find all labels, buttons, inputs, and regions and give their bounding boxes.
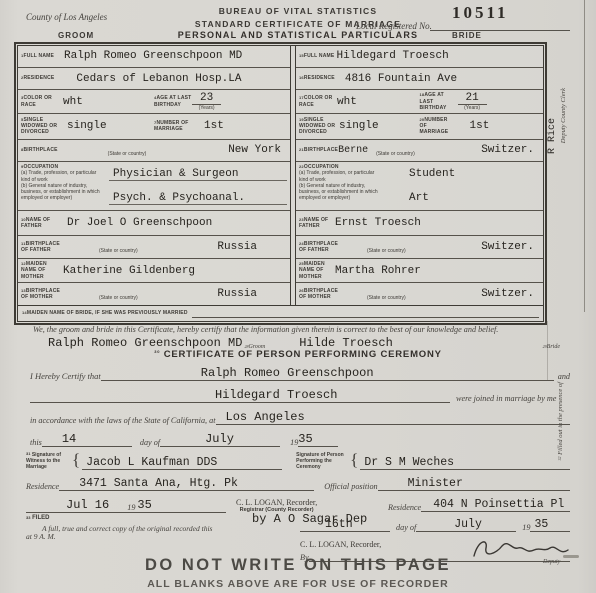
- couple-signatures-row: Ralph Romeo Greenschpoon MD 28Groom Hild…: [48, 336, 568, 350]
- couple-certification-statement: We, the groom and bride in this Certific…: [33, 325, 573, 334]
- groom-signature: Ralph Romeo Greenschpoon MD: [48, 336, 242, 350]
- filed-date-line: Jul 16 19 35 C. L. LOGAN, Recorder, Regi…: [26, 498, 380, 513]
- groom-mother-row: 12MAIDEN NAME OF MOTHER Katherine Gilden…: [18, 259, 290, 284]
- groom-full-name-row: 1FULL NAME Ralph Romeo Greenschpoon MD: [18, 46, 290, 68]
- groom-column: 1FULL NAME Ralph Romeo Greenschpoon MD 2…: [18, 46, 290, 305]
- certify-line-4: this 14 day of July 19 35: [30, 432, 410, 447]
- groom-age-value: 23: [192, 92, 221, 105]
- filed-year-stamp: 35: [137, 498, 151, 512]
- do-not-write-notice: DO NOT WRITE ON THIS PAGE: [0, 556, 596, 575]
- bride-mother-row: 25MAIDEN NAME OF MOTHER Martha Rohrer: [296, 259, 543, 284]
- groom-mother-birthplace-row: 13BIRTHPLACE OF MOTHER (State or country…: [18, 283, 290, 305]
- groom-father-value: Dr Joel O Greenschpoon: [67, 217, 212, 229]
- groom-color-age-row: 3COLOR OR RACE wht 4AGE AT LAST BIRTHDAY…: [18, 90, 290, 114]
- groom-father-birthplace-row: 11BIRTHPLACE OF FATHER (State or country…: [18, 236, 290, 259]
- bride-full-name-value: Hildegard Troesch: [336, 50, 448, 62]
- groom-occupation-b-value: Psych. & Psychoanal.: [109, 192, 287, 205]
- bride-birthplace-city-value: Berne: [338, 145, 368, 156]
- certify-line-1: I Hereby Certify that Ralph Romeo Greens…: [30, 366, 570, 381]
- groom-mother-value: Katherine Gildenberg: [63, 265, 195, 277]
- witness-performer-row: 31 Signature of Witness to the Marriage …: [26, 450, 570, 470]
- statistical-particulars-box: 1FULL NAME Ralph Romeo Greenschpoon MD 2…: [14, 42, 547, 325]
- bride-mother-value: Martha Rohrer: [335, 265, 421, 277]
- bride-marital-row: 19SINGLE WIDOWED OR DIVORCED single 20NU…: [296, 114, 543, 140]
- registered-number-stamp: 10511: [452, 3, 509, 23]
- copy-day-value: 16th: [325, 518, 353, 531]
- groom-marital-value: single: [67, 120, 107, 132]
- filed-label: 33 FILED: [26, 515, 49, 521]
- performer-residence-value: 404 N Poinsettia Pl: [433, 498, 564, 511]
- copy-date-line: 16th day of July 19 35: [300, 518, 570, 532]
- bride-age-value: 21: [458, 92, 487, 105]
- marriage-place-entry: Los Angeles: [226, 410, 305, 424]
- witness-signature: Jacob L Kaufman DDS: [86, 456, 217, 469]
- bride-mother-birthplace-row: 26BIRTHPLACE OF MOTHER (State or country…: [296, 283, 543, 305]
- bride-residence-row: 16RESIDENCE 4816 Fountain Ave: [296, 68, 543, 91]
- certify-line-2: Hildegard Troesch were joined in marriag…: [30, 388, 570, 403]
- certify-line-3: in accordance with the laws of the State…: [30, 410, 570, 425]
- bride-marital-value: single: [339, 120, 379, 132]
- filed-date-stamp: Jul 16: [66, 498, 109, 512]
- marriage-month-entry: July: [205, 432, 234, 446]
- bride-mother-birthplace-value: Switzer.: [481, 288, 534, 300]
- bride-marriage-no-value: 1st: [470, 120, 490, 132]
- copy-month-value: July: [454, 518, 482, 531]
- bride-color-age-row: 17COLOR OR RACE wht 18AGE AT LAST BIRTHD…: [296, 90, 543, 114]
- page-edge-line: [584, 0, 585, 312]
- all-blanks-notice: ALL BLANKS ABOVE ARE FOR USE OF RECORDER: [0, 578, 596, 590]
- recorder-name-2: C. L. LOGAN, Recorder,: [300, 540, 381, 549]
- maiden-name-of-bride-row: 14MAIDEN NAME OF BRIDE, IF SHE WAS PREVI…: [18, 305, 543, 321]
- bride-birthplace-value: Switzer.: [481, 144, 534, 156]
- groom-father-birthplace-value: Russia: [217, 241, 257, 253]
- groom-occupation-a-value: Physician & Surgeon: [109, 168, 287, 181]
- groom-residence-row: 2RESIDENCE Cedars of Lebanon Hosp.LA: [18, 68, 290, 91]
- deputy-clerk-signature: R Rice: [547, 118, 558, 154]
- bride-father-birthplace-row: 24BIRTHPLACE OF FATHER (State or country…: [296, 236, 543, 259]
- deputy-clerk-title: Deputy County Clerk: [560, 88, 567, 143]
- groom-birthplace-row: 8BIRTHPLACE (State or country) New York: [18, 140, 290, 163]
- bride-occupation-a-value: Student: [409, 168, 540, 180]
- performer-signature: Dr S M Weches: [364, 456, 454, 469]
- bride-full-name-row: 15FULL NAME Hildegard Troesch: [296, 46, 543, 68]
- bride-occupation-b-value: Art: [409, 192, 540, 204]
- bride-occupation-row: 22OCCUPATION (a) Trade, profession, or p…: [296, 162, 543, 211]
- bride-column-heading: BRIDE: [452, 31, 482, 40]
- groom-full-name-value: Ralph Romeo Greenschpoon MD: [64, 50, 242, 62]
- copy-year-value: 35: [534, 518, 548, 531]
- groom-marriage-no-value: 1st: [204, 120, 224, 132]
- ceremony-certificate-heading: 30 CERTIFICATE OF PERSON PERFORMING CERE…: [0, 349, 596, 360]
- marriage-day-entry: 14: [62, 432, 76, 446]
- groom-color-value: wht: [63, 96, 83, 108]
- copy-time: at 9 A. M.: [26, 532, 56, 541]
- bride-father-birthplace-value: Switzer.: [481, 241, 534, 253]
- bride-name-entry: Hildegard Troesch: [215, 388, 337, 402]
- official-position-value: Minister: [408, 477, 463, 490]
- witness-residence-value: 3471 Santa Ana, Htg. Pk: [79, 477, 238, 490]
- particulars-heading: PERSONAL AND STATISTICAL PARTICULARS: [0, 30, 596, 40]
- bride-column: 15FULL NAME Hildegard Troesch 16RESIDENC…: [296, 46, 543, 305]
- bride-residence-value: 4816 Fountain Ave: [345, 73, 457, 85]
- residence-position-row: Residence 3471 Santa Ana, Htg. Pk Offici…: [26, 477, 570, 491]
- groom-occupation-row: 9OCCUPATION (a) Trade, profession, or pa…: [18, 162, 290, 211]
- performer-residence-line: Residence 404 N Poinsettia Pl: [388, 498, 570, 512]
- bride-birthplace-row: 21BIRTHPLACE Berne (State or country) Sw…: [296, 140, 543, 163]
- groom-name-entry: Ralph Romeo Greenschpoon: [201, 366, 374, 380]
- copy-statement: A full, true and correct copy of the ori…: [42, 524, 212, 533]
- bride-color-value: wht: [337, 96, 357, 108]
- marriage-year-entry: 35: [298, 432, 312, 446]
- bride-father-value: Ernst Troesch: [335, 217, 421, 229]
- groom-father-row: 10NAME OF FATHER Dr Joel O Greenschpoon: [18, 211, 290, 236]
- recorder-name: C. L. LOGAN, Recorder,: [236, 498, 317, 507]
- bride-father-row: 23NAME OF FATHER Ernst Troesch: [296, 211, 543, 236]
- groom-marital-row: 5SINGLE WIDOWED OR DIVORCED single 7NUMB…: [18, 114, 290, 140]
- bride-signature: Hilde Troesch: [299, 336, 393, 350]
- groom-birthplace-value: New York: [228, 144, 281, 156]
- groom-residence-value: Cedars of Lebanon Hosp.LA: [76, 73, 241, 85]
- marriage-certificate-page: County of Los Angeles BUREAU OF VITAL ST…: [0, 0, 596, 593]
- groom-mother-birthplace-value: Russia: [217, 288, 257, 300]
